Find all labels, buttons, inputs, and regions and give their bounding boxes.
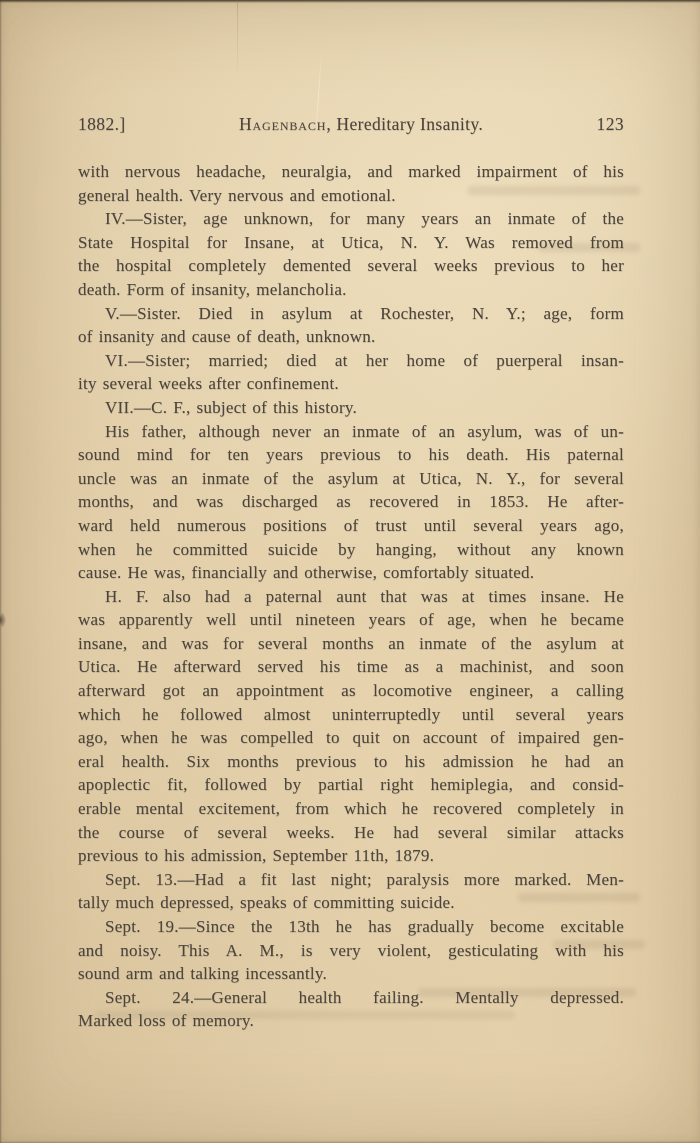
text-line: H. F. also had a paternal aunt that was …	[78, 585, 624, 609]
text-line: of insanity and cause of death, unknown.	[78, 325, 624, 349]
text-line: Sept. 24.—General health failing. Mental…	[78, 986, 624, 1010]
text-line: tally much depressed, speaks of committi…	[78, 891, 624, 915]
text-line: the hospital completely demented several…	[78, 254, 624, 278]
text-line: Sept. 13.—Had a fit last night; paralysi…	[78, 868, 624, 892]
text-line: V.—Sister. Died in asylum at Rochester, …	[78, 302, 624, 326]
scan-edge-top	[0, 0, 700, 3]
text-line: afterward got an appointment as locomoti…	[78, 679, 624, 703]
header-author: Hagenbach,	[239, 114, 332, 134]
text-line: sound arm and talking incessantly.	[78, 962, 624, 986]
text-line: insane, and was for several months an in…	[78, 632, 624, 656]
scan-edge-left	[0, 0, 2, 1143]
paper-crease	[237, 0, 238, 80]
text-line: Marked loss of memory.	[78, 1009, 624, 1033]
running-header: 1882.] Hagenbach, Hereditary Insanity. 1…	[78, 114, 624, 135]
text-line: which he followed almost uninterruptedly…	[78, 703, 624, 727]
text-line: ward held numerous positions of trust un…	[78, 514, 624, 538]
text-line: IV.—Sister, age unknown, for many years …	[78, 207, 624, 231]
page-content: 1882.] Hagenbach, Hereditary Insanity. 1…	[78, 114, 624, 1033]
text-line: VI.—Sister; married; died at her home of…	[78, 349, 624, 373]
text-line: with nervous headache, neuralgia, and ma…	[78, 160, 624, 184]
scanned-page: 1882.] Hagenbach, Hereditary Insanity. 1…	[0, 0, 700, 1143]
page-text: with nervous headache, neuralgia, and ma…	[78, 160, 624, 1033]
text-line: months, and was discharged as recovered …	[78, 490, 624, 514]
text-line: State Hospital for Insane, at Utica, N. …	[78, 231, 624, 255]
text-line: was apparently well until nineteen years…	[78, 608, 624, 632]
text-line: and noisy. This A. M., is very violent, …	[78, 939, 624, 963]
header-year: 1882.]	[78, 114, 126, 135]
text-line: uncle was an inmate of the asylum at Uti…	[78, 467, 624, 491]
text-line: previous to his admission, September 11t…	[78, 844, 624, 868]
text-line: death. Form of insanity, melancholia.	[78, 278, 624, 302]
header-title: Hagenbach, Hereditary Insanity.	[239, 114, 483, 135]
header-article-title: Hereditary Insanity.	[332, 114, 484, 134]
text-line: Sept. 19.—Since the 13th he has graduall…	[78, 915, 624, 939]
text-line: erable mental excitement, from which he …	[78, 797, 624, 821]
text-line: ago, when he was compelled to quit on ac…	[78, 726, 624, 750]
text-line: when he committed suicide by hanging, wi…	[78, 538, 624, 562]
text-line: Utica. He afterward served his time as a…	[78, 655, 624, 679]
text-line: sound mind for ten years previous to his…	[78, 443, 624, 467]
text-line: eral health. Six months previous to his …	[78, 750, 624, 774]
paper-blemish	[0, 612, 6, 628]
text-line: apoplectic fit, followed by partial righ…	[78, 773, 624, 797]
text-line: His father, although never an inmate of …	[78, 420, 624, 444]
text-line: general health. Very nervous and emotion…	[78, 184, 624, 208]
text-line: cause. He was, financially and otherwise…	[78, 561, 624, 585]
text-line: ity several weeks after confinement.	[78, 372, 624, 396]
text-line: VII.—C. F., subject of this history.	[78, 396, 624, 420]
text-line: the course of several weeks. He had seve…	[78, 821, 624, 845]
page-number: 123	[597, 114, 624, 135]
